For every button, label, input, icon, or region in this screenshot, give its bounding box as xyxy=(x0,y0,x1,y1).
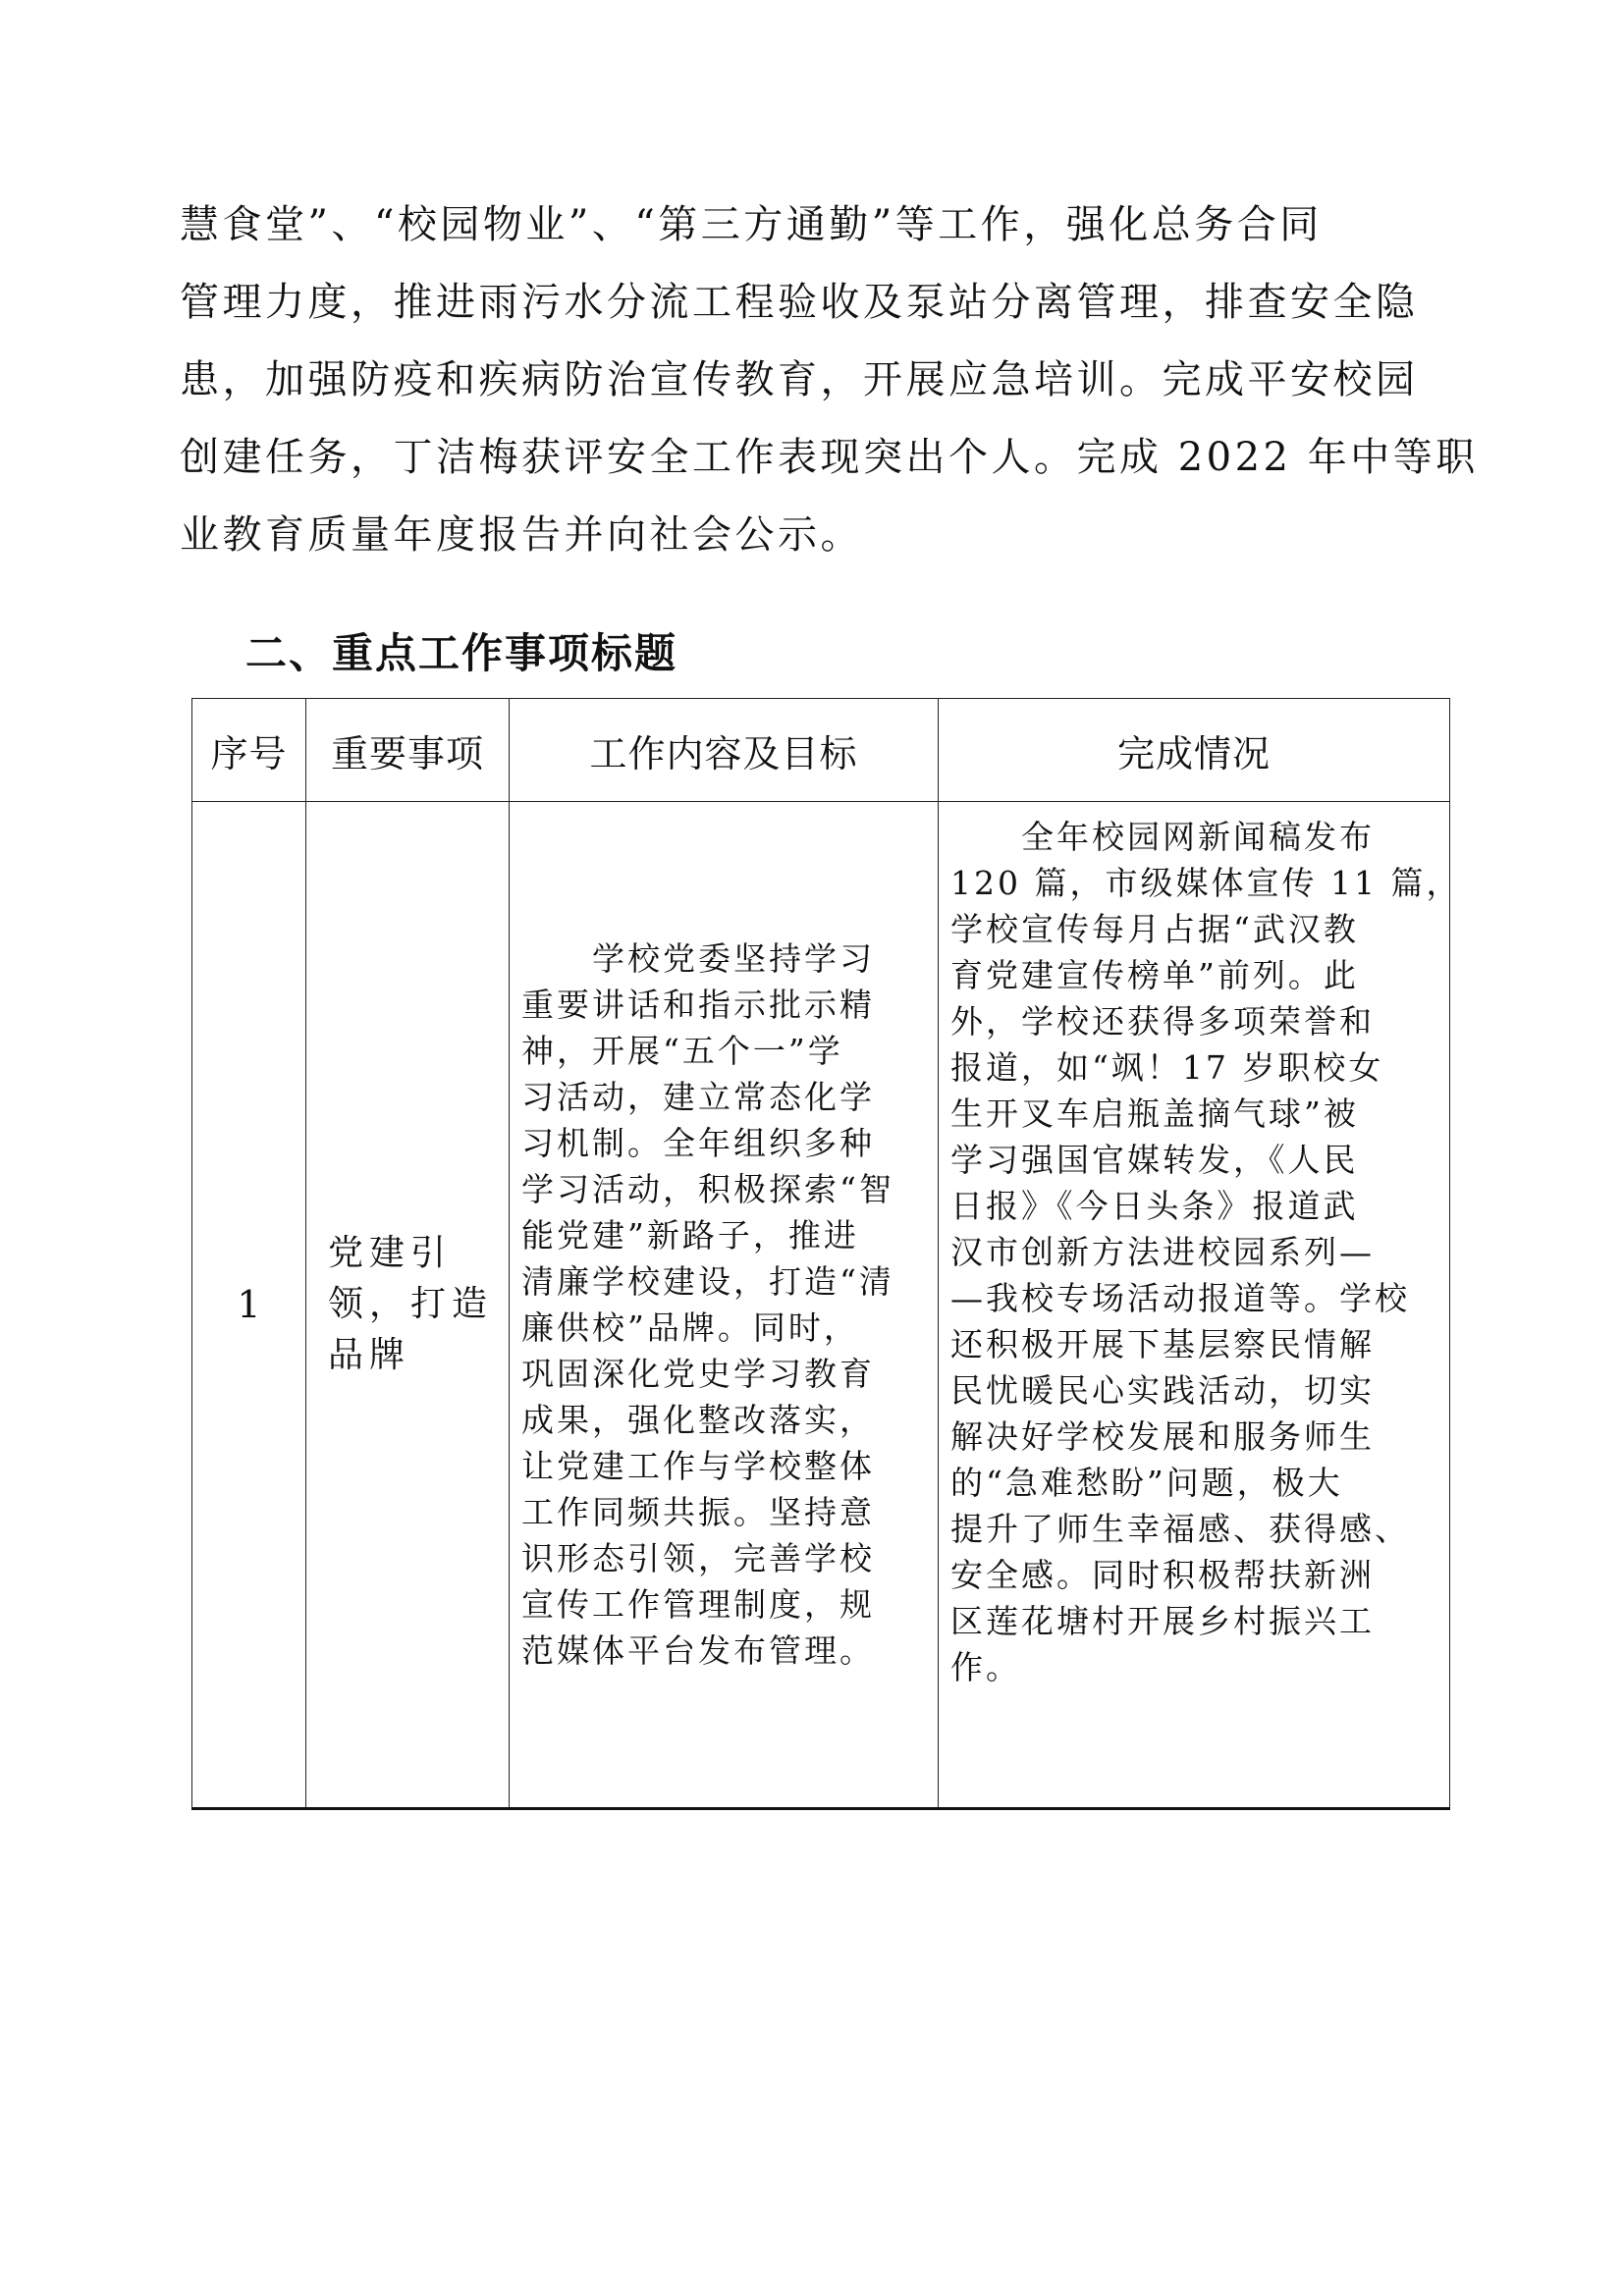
cell-line: 提升了师生幸福感、获得感、 xyxy=(950,1506,1437,1552)
cell-line: 报道，如“飒！17 岁职校女 xyxy=(950,1044,1437,1091)
cell-line: 范媒体平台发布管理。 xyxy=(521,1628,926,1674)
header-completion-status: 完成情况 xyxy=(939,699,1450,802)
header-work-content: 工作内容及目标 xyxy=(510,699,939,802)
cell-important-item: 党建引 领，打造 品牌 xyxy=(306,802,510,1809)
cell-line: 学校党委坚持学习 xyxy=(521,935,926,982)
paragraph-line: 管理力度，推进雨污水分流工程验收及泵站分离管理，排查安全隐 xyxy=(180,264,1456,342)
paragraph-line: 慧食堂”、“校园物业”、“第三方通勤”等工作，强化总务合同 xyxy=(180,187,1456,264)
cell-line: 学习活动，积极探索“智 xyxy=(521,1166,926,1212)
cell-line: 成果，强化整改落实， xyxy=(521,1397,926,1443)
cell-line: 还积极开展下基层察民情解 xyxy=(950,1321,1437,1367)
cell-line: 生开叉车启瓶盖摘气球”被 xyxy=(950,1091,1437,1137)
cell-line: 神，开展“五个一”学 xyxy=(521,1028,926,1074)
paragraph-line: 业教育质量年度报告并向社会公示。 xyxy=(180,497,1456,574)
section-heading: 二、重点工作事项标题 xyxy=(245,621,677,680)
cell-line: 学校宣传每月占据“武汉教 xyxy=(950,906,1437,952)
paragraph-line: 患，加强防疫和疾病防治宣传教育，开展应急培训。完成平安校园 xyxy=(180,342,1456,419)
cell-line: 作。 xyxy=(950,1644,1437,1690)
cell-line: 工作同频共振。坚持意 xyxy=(521,1489,926,1535)
cell-line: 习机制。全年组织多种 xyxy=(521,1120,926,1166)
cell-line: 120 篇，市级媒体宣传 11 篇， xyxy=(950,860,1437,906)
cell-line: 领，打造 xyxy=(328,1279,499,1330)
cell-line: 区莲花塘村开展乡村振兴工 xyxy=(950,1598,1437,1644)
cell-line: 的“急难愁盼”问题，极大 xyxy=(950,1460,1437,1506)
cell-line: 汉市创新方法进校园系列— xyxy=(950,1229,1437,1275)
table-header-row: 序号 重要事项 工作内容及目标 完成情况 xyxy=(192,699,1450,802)
cell-line: 育党建宣传榜单”前列。此 xyxy=(950,952,1437,998)
cell-line: 廉供校”品牌。同时， xyxy=(521,1305,926,1351)
cell-completion-status: 全年校园网新闻稿发布 120 篇，市级媒体宣传 11 篇， 学校宣传每月占据“武… xyxy=(939,802,1450,1809)
cell-line: 民忧暖民心实践活动，切实 xyxy=(950,1367,1437,1414)
cell-line: 安全感。同时积极帮扶新洲 xyxy=(950,1552,1437,1598)
intro-paragraph: 慧食堂”、“校园物业”、“第三方通勤”等工作，强化总务合同 管理力度，推进雨污水… xyxy=(180,187,1456,574)
cell-line: 重要讲话和指示批示精 xyxy=(521,982,926,1028)
header-important-item: 重要事项 xyxy=(306,699,510,802)
cell-line: —我校专场活动报道等。学校 xyxy=(950,1275,1437,1321)
cell-work-content: 学校党委坚持学习 重要讲话和指示批示精 神，开展“五个一”学 习活动，建立常态化… xyxy=(510,802,939,1809)
key-work-items-table: 序号 重要事项 工作内容及目标 完成情况 1 党建引 领，打造 品牌 学校党委坚… xyxy=(191,698,1450,1810)
header-serial-number: 序号 xyxy=(192,699,306,802)
cell-line: 识形态引领，完善学校 xyxy=(521,1535,926,1581)
cell-line: 品牌 xyxy=(328,1330,499,1381)
cell-line: 能党建”新路子，推进 xyxy=(521,1212,926,1258)
cell-line: 学习强国官媒转发，《人民 xyxy=(950,1137,1437,1183)
cell-line: 宣传工作管理制度，规 xyxy=(521,1581,926,1628)
table-row: 1 党建引 领，打造 品牌 学校党委坚持学习 重要讲话和指示批示精 神，开展“五… xyxy=(192,802,1450,1809)
cell-line: 巩固深化党史学习教育 xyxy=(521,1351,926,1397)
cell-line: 让党建工作与学校整体 xyxy=(521,1443,926,1489)
cell-line: 全年校园网新闻稿发布 xyxy=(950,814,1437,860)
cell-line: 党建引 xyxy=(328,1228,499,1279)
cell-line: 习活动，建立常态化学 xyxy=(521,1074,926,1120)
cell-line: 解决好学校发展和服务师生 xyxy=(950,1414,1437,1460)
paragraph-line: 创建任务，丁洁梅获评安全工作表现突出个人。完成 2022 年中等职 xyxy=(180,419,1456,497)
cell-line: 清廉学校建设，打造“清 xyxy=(521,1258,926,1305)
cell-serial-number: 1 xyxy=(192,802,306,1809)
cell-line: 外，学校还获得多项荣誉和 xyxy=(950,998,1437,1044)
cell-line: 日报》《今日头条》报道武 xyxy=(950,1183,1437,1229)
